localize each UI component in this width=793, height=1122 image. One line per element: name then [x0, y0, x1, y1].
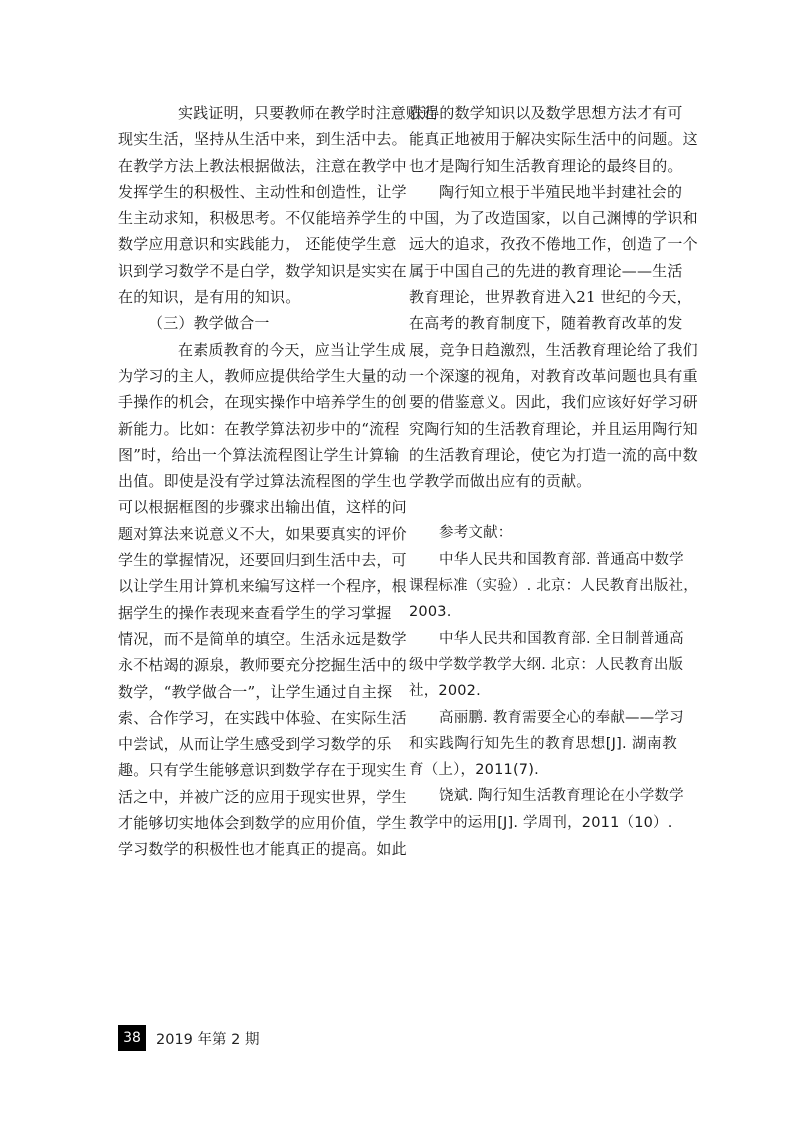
- text-line: 趣。只有学生能够意识到数学存在于现实生: [118, 757, 386, 783]
- text-line: 现实生活，坚持从生活中来，到生活中去。: [118, 126, 386, 152]
- text-line: 数学应用意识和实践能力， 还能使学生意: [118, 231, 386, 257]
- text-line: 2003.: [409, 599, 677, 625]
- text-line: 陶行知立根于半殖民地半封建社会的: [409, 179, 677, 205]
- text-line: 学生的掌握情况，还要回归到生活中去，可: [118, 547, 386, 573]
- text-line: 生主动求知，积极思考。不仅能培养学生的: [118, 205, 386, 231]
- reference-item: 饶斌. 陶行知生活教育理论在小学数学 教学中的运用[J]. 学周刊，2011（1…: [409, 783, 677, 836]
- spacer: [409, 494, 677, 520]
- paragraph-continuation: 获得的数学知识以及数学思想方法才有可 能真正地被用于解决实际生活中的问题。这 也…: [409, 100, 677, 179]
- text-line: 学习数学的积极性也才能真正的提高。如此: [118, 836, 386, 862]
- text-line: 属于中国自己的先进的教育理论——生活: [409, 258, 677, 284]
- text-line: 以让学生用计算机来编写这样一个程序，根: [118, 573, 386, 599]
- reference-list: 中华人民共和国教育部. 普通高中数学 课程标准（实验）. 北京：人民教育出版社，…: [409, 547, 677, 836]
- text-line: 为学习的主人，教师应提供给学生大量的动: [118, 363, 386, 389]
- text-line: 才能够切实地体会到数学的应用价值，学生: [118, 810, 386, 836]
- text-line: 在的知识，是有用的知识。: [118, 284, 386, 310]
- page-footer: 38 2019 年第 2 期: [118, 1025, 259, 1051]
- text-line: 活之中，并被广泛的应用于现实世界，学生: [118, 784, 386, 810]
- text-line: 图”时，给出一个算法流程图让学生计算输: [118, 442, 386, 468]
- text-line: 实践证明，只要教师在教学时注意贴近: [118, 100, 386, 126]
- text-line: 能真正地被用于解决实际生活中的问题。这: [409, 126, 677, 152]
- text-line: 中尝试，从而让学生感受到学习数学的乐: [118, 731, 386, 757]
- left-column: 实践证明，只要教师在教学时注意贴近 现实生活，坚持从生活中来，到生活中去。 在教…: [118, 100, 386, 863]
- text-line: 获得的数学知识以及数学思想方法才有可: [409, 100, 677, 126]
- text-line: 要的借鉴意义。因此，我们应该好好学习研: [409, 389, 677, 415]
- page-number: 38: [118, 1025, 146, 1051]
- text-line: 饶斌. 陶行知生活教育理论在小学数学: [409, 783, 677, 809]
- paragraph-tao-xingzhi: 陶行知立根于半殖民地半封建社会的 中国，为了改造国家，以自己渊博的学识和 远大的…: [409, 179, 677, 495]
- text-line: 也才是陶行知生活教育理论的最终目的。: [409, 153, 677, 179]
- reference-item: 高丽鹏. 教育需要全心的奉献——学习 和实践陶行知先生的教育思想[J]. 湖南教…: [409, 705, 677, 784]
- text-line: 发挥学生的积极性、主动性和创造性，让学: [118, 179, 386, 205]
- text-line: 识到学习数学不是白学，数学知识是实实在: [118, 258, 386, 284]
- text-line: 新能力。比如：在教学算法初步中的“流程: [118, 416, 386, 442]
- text-line: 教学中的运用[J]. 学周刊，2011（10）.: [409, 810, 677, 836]
- text-line: 据学生的操作表现来查看学生的学习掌握: [118, 600, 386, 626]
- text-line: 可以根据框图的步骤求出输出值，这样的问: [118, 494, 386, 520]
- text-line: 中华人民共和国教育部. 普通高中数学: [409, 547, 677, 573]
- paragraph-teach-learn-do: 在素质教育的今天，应当让学生成 为学习的主人，教师应提供给学生大量的动 手操作的…: [118, 337, 386, 863]
- text-line: 教育理论，世界教育进入21 世纪的今天，: [409, 284, 677, 310]
- text-line: 中国，为了改造国家，以自己渊博的学识和: [409, 205, 677, 231]
- issue-label: 2019 年第 2 期: [156, 1028, 259, 1049]
- right-column: 获得的数学知识以及数学思想方法才有可 能真正地被用于解决实际生活中的问题。这 也…: [409, 100, 677, 836]
- section-heading: （三）教学做合一: [118, 310, 386, 336]
- text-line: 远大的追求，孜孜不倦地工作，创造了一个: [409, 231, 677, 257]
- text-line: 学教学而做出应有的贡献。: [409, 468, 677, 494]
- text-line: 情况，而不是简单的填空。生活永远是数学: [118, 626, 386, 652]
- text-line: 在高考的教育制度下，随着教育改革的发: [409, 310, 677, 336]
- text-line: 和实践陶行知先生的教育思想[J]. 湖南教: [409, 731, 677, 757]
- text-line: 手操作的机会，在现实操作中培养学生的创: [118, 389, 386, 415]
- references-title: 参考文献：: [409, 520, 677, 546]
- text-line: 在教学方法上教法根据做法，注意在教学中: [118, 153, 386, 179]
- text-line: 究陶行知的生活教育理论，并且运用陶行知: [409, 416, 677, 442]
- text-line: 题对算法来说意义不大，如果要真实的评价: [118, 521, 386, 547]
- text-line: 在素质教育的今天，应当让学生成: [118, 337, 386, 363]
- text-line: 的生活教育理论，使它为打造一流的高中数: [409, 442, 677, 468]
- text-line: 索、合作学习，在实践中体验、在实际生活: [118, 705, 386, 731]
- text-line: 数学，“教学做合一”，让学生通过自主探: [118, 679, 386, 705]
- text-line: 课程标准（实验）. 北京：人民教育出版社，: [409, 573, 677, 599]
- text-line: 出值。即使是没有学过算法流程图的学生也: [118, 468, 386, 494]
- text-line: 育（上），2011(7).: [409, 757, 677, 783]
- text-line: 社，2002.: [409, 678, 677, 704]
- reference-item: 中华人民共和国教育部. 普通高中数学 课程标准（实验）. 北京：人民教育出版社，…: [409, 547, 677, 626]
- text-line: 级中学数学教学大纲. 北京：人民教育出版: [409, 652, 677, 678]
- text-line: 永不枯竭的源泉，教师要充分挖掘生活中的: [118, 652, 386, 678]
- text-line: 展，竞争日趋激烈，生活教育理论给了我们: [409, 337, 677, 363]
- text-line: 一个深邃的视角，对教育改革问题也具有重: [409, 363, 677, 389]
- text-line: 中华人民共和国教育部. 全日制普通高: [409, 626, 677, 652]
- paragraph-practice-proof: 实践证明，只要教师在教学时注意贴近 现实生活，坚持从生活中来，到生活中去。 在教…: [118, 100, 386, 310]
- reference-item: 中华人民共和国教育部. 全日制普通高 级中学数学教学大纲. 北京：人民教育出版 …: [409, 626, 677, 705]
- text-line: 高丽鹏. 教育需要全心的奉献——学习: [409, 705, 677, 731]
